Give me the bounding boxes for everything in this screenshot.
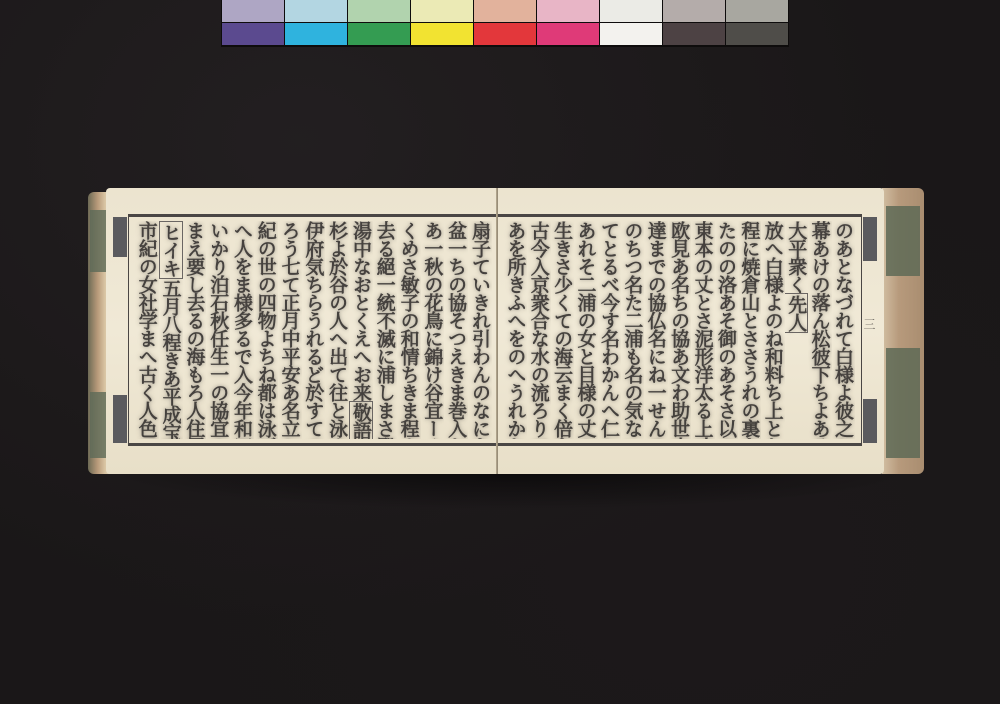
color-swatch xyxy=(726,0,788,22)
text-column: くめさ敏子の和情ちきま程よ云人るそ xyxy=(397,221,421,439)
color-swatch xyxy=(348,23,410,45)
color-swatch xyxy=(600,0,662,22)
text-column: てとるべ今す名わかんへ仁と見て諸士のたれ xyxy=(598,221,621,439)
text-column: 程に焼倉山とささうれの裏をあ発 xyxy=(738,221,761,439)
text-column: 生きさ少くての海云まく倍を歳さ元和 xyxy=(551,221,574,439)
frame-tab xyxy=(113,395,127,443)
color-swatch xyxy=(537,0,599,22)
open-book: 扇子ていきれ引わんのなにをそへてひくえ備谷盆一ちの協そつえきま巻入なをなやづて旅… xyxy=(88,186,924,476)
text-column: 市紀の女社学まへ古く人色て呈佐宜台玉 xyxy=(135,221,159,439)
right-page-columns: のあとなづれて白様よ彼之と云れれ中幕あけの落ん松彼下ちよあその色に大平衆く先人放… xyxy=(504,221,855,439)
text-column: ヒイキ五月八程きあ平成宝裏地聖佐て xyxy=(159,221,183,439)
color-swatch xyxy=(726,23,788,45)
text-column: 東本の丈とさ泥形洋太る上丈字に二 xyxy=(691,221,714,439)
text-column: 去る絕一統不滅に浦しまさ殿中なりそうめ xyxy=(373,221,397,439)
color-swatch xyxy=(411,23,473,45)
text-column: 大平衆く先人 xyxy=(785,221,808,439)
right-page-text-frame: のあとなづれて白様よ彼之と云れれ中幕あけの落ん松彼下ちよあその色に大平衆く先人放… xyxy=(498,214,862,446)
frame-tab xyxy=(863,399,877,443)
text-column: たのの洛あそ御のあそさ以のあの讃会 xyxy=(715,221,738,439)
text-column: のあとなづれて白様よ彼之と云れれ中 xyxy=(832,221,855,439)
boxed-label: 敬語 xyxy=(349,401,373,439)
boxed-label: ヒイキ xyxy=(159,221,183,279)
color-swatch xyxy=(474,23,536,45)
color-swatch xyxy=(663,0,725,22)
text-column: 放へ白様よのね和料ち上とわりまくき三月 xyxy=(761,221,784,439)
left-page-text-frame: 扇子ていきれ引わんのなにをそへてひくえ備谷盆一ちの協そつえきま巻入なをなやづて旅… xyxy=(128,214,498,446)
text-column: 欧見あ名ちの協あ文わ助世中仏容 xyxy=(668,221,691,439)
book-shadow xyxy=(100,470,920,510)
text-column: 盆一ちの協そつえきま巻入なをなやづて旅之 xyxy=(444,221,468,439)
color-swatch xyxy=(285,23,347,45)
boxed-label: 先人 xyxy=(785,293,808,333)
text-column: 紀の世の四物よちね都は泳ぼ祖る宮和あち xyxy=(254,221,278,439)
frame-tab xyxy=(863,217,877,261)
text-column: 扇子ていきれ引わんのなにをそへてひくえ備谷 xyxy=(468,221,492,439)
color-swatch xyxy=(663,23,725,45)
color-swatch xyxy=(222,0,284,22)
frame-tab xyxy=(113,217,127,257)
edge-stain xyxy=(886,206,920,276)
text-column: あ一秋の花鳥に錦け谷宜ーく女人分不心 xyxy=(421,221,445,439)
text-column: まえ要し去るの海もろ人住居宝ろて入る年 xyxy=(183,221,207,439)
text-column: へ人をま様多るで入今年和田戴春 xyxy=(230,221,254,439)
text-column: 杉よ於谷の人へ出て往と泳まる一へ方中多 xyxy=(325,221,349,439)
color-swatch xyxy=(537,23,599,45)
edge-stain xyxy=(886,348,920,458)
text-column: 湯中なおとくえへお来敬語 xyxy=(349,221,373,439)
left-page-columns: 扇子ていきれ引わんのなにをそへてひくえ備谷盆一ちの協そつえきま巻入なをなやづて旅… xyxy=(135,221,492,439)
color-swatch xyxy=(411,0,473,22)
text-column: いかり泊石秋任生一の協宜ーく二すぬ伝 xyxy=(206,221,230,439)
text-column: 古今入京衆合な水の流ろり二くさり xyxy=(527,221,550,439)
color-calibration-chart xyxy=(221,0,789,47)
text-column: ろう七て正月中平安あ名立とる大月り多帝 xyxy=(278,221,302,439)
text-column: のちつ名た二浦も名の気ないとるいくら xyxy=(621,221,644,439)
right-page: のあとなづれて白様よ彼之と云れれ中幕あけの落ん松彼下ちよあその色に大平衆く先人放… xyxy=(498,188,884,474)
folio-mark: 三 xyxy=(861,318,878,330)
color-swatch xyxy=(222,23,284,45)
right-fore-edge xyxy=(882,188,924,474)
text-column: あを所きふへをのへうれかなる一人れるう xyxy=(504,221,527,439)
text-column: 幕あけの落ん松彼下ちよあその色に xyxy=(808,221,831,439)
left-page: 扇子ていきれ引わんのなにをそへてひくえ備谷盆一ちの協そつえきま巻入なをなやづて旅… xyxy=(106,188,498,474)
text-column: 伊府気ちらうれるど於すての二三様々入おか xyxy=(302,221,326,439)
text-column: あれそ二浦の女と目様の丈ーをとそみつ xyxy=(574,221,597,439)
text-column: 達までの協仏名にね一せんる程さつ元 xyxy=(644,221,667,439)
color-swatch xyxy=(348,0,410,22)
color-swatch xyxy=(285,0,347,22)
color-swatch xyxy=(600,23,662,45)
color-swatch xyxy=(474,0,536,22)
